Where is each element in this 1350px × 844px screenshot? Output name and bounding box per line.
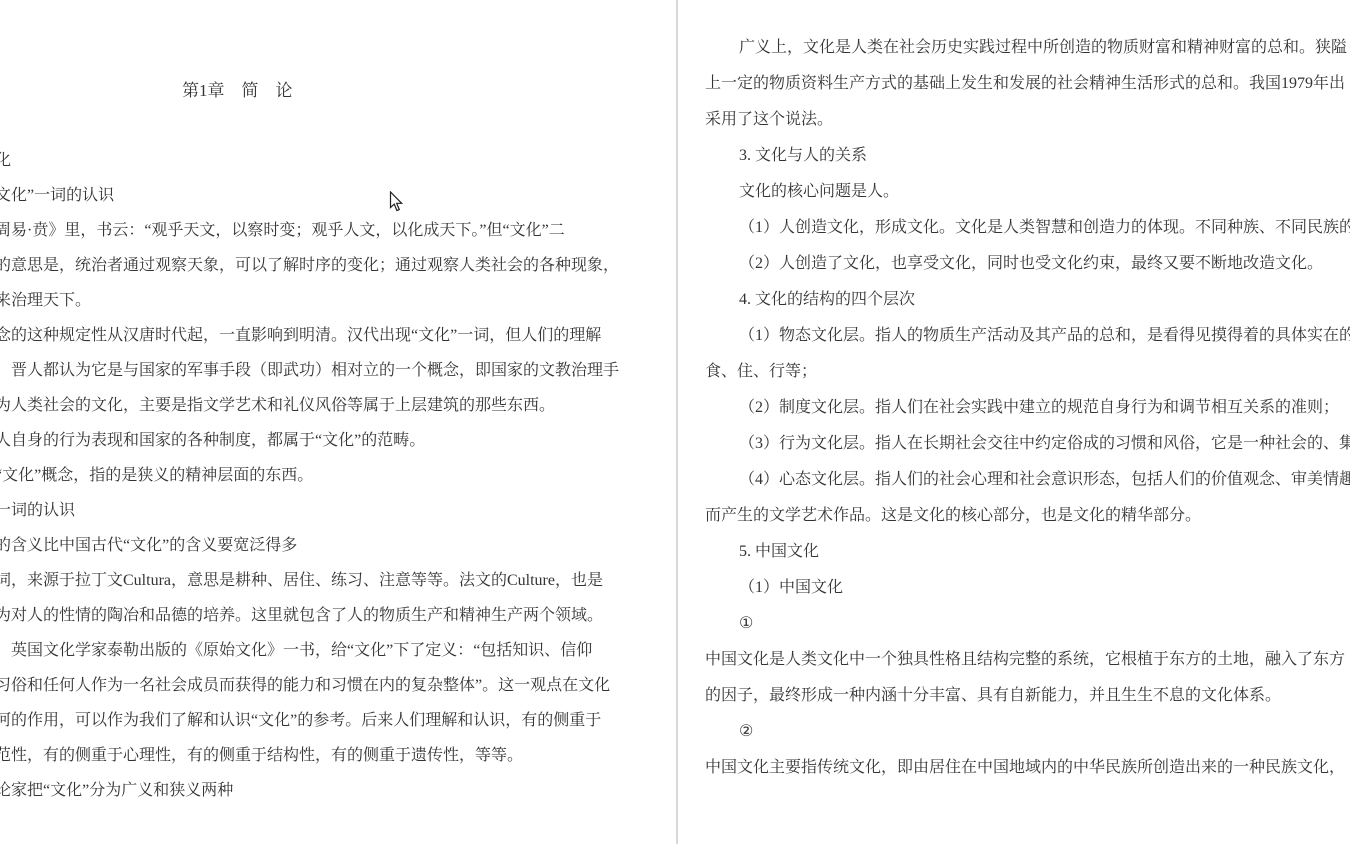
text-line: ② (705, 714, 1350, 750)
text-line: 、晋人都认为它是与国家的军事手段（即武功）相对立的一个概念，即国家的文教治理手 (0, 353, 677, 388)
text-line: ，英国文化学家泰勒出版的《原始文化》一书，给“文化”下了定义：“包括知识、信仰 (0, 633, 677, 668)
text-line: ① (705, 606, 1350, 642)
text-line: 广义上，文化是人类在社会历史实践过程中所创造的物质财富和精神财富的总和。狭隘 (705, 30, 1350, 66)
text-line: 词，来源于拉丁文Cultura，意思是耕种、居住、练习、注意等等。法文的Cult… (0, 563, 677, 598)
text-line: （2）制度文化层。指人们在社会实践中建立的规范自身行为和调节相互关系的准则； (705, 390, 1350, 426)
text-line: （1）物态文化层。指人的物质生产活动及其产品的总和，是看得见摸得着的具体实在的 (705, 318, 1350, 354)
text-line: 上一定的物质资料生产方式的基础上发生和发展的社会精神生活形式的总和。我国1979… (705, 66, 1350, 102)
text-line: 的含义比中国古代“文化”的含义要宽泛得多 (0, 528, 677, 563)
text-line: 文化”一词的认识 (0, 178, 677, 213)
text-line: 而产生的文学艺术作品。这是文化的核心部分，也是文化的精华部分。 (705, 498, 1350, 534)
text-line: 采用了这个说法。 (705, 102, 1350, 138)
text-line: 4. 文化的结构的四个层次 (705, 282, 1350, 318)
text-line: 化 (0, 143, 677, 178)
left-page-content: 第1章 简 论 化文化”一词的认识周易·贲》里，书云：“观乎天文，以察时变；观乎… (0, 0, 677, 808)
text-line: 人自身的行为表现和国家的各种制度，都属于“文化”的范畴。 (0, 423, 677, 458)
text-line: 的因子，最终形成一种内涵十分丰富、具有自新能力，并且生生不息的文化体系。 (705, 678, 1350, 714)
page-left[interactable]: 第1章 简 论 化文化”一词的认识周易·贲》里，书云：“观乎天文，以察时变；观乎… (0, 0, 677, 844)
text-line: 的意思是，统治者通过观察天象，可以了解时序的变化；通过观察人类社会的各种现象， (0, 248, 677, 283)
text-line: （1）人创造文化，形成文化。文化是人类智慧和创造力的体现。不同种族、不同民族的 (705, 210, 1350, 246)
text-line: （2）人创造了文化，也享受文化，同时也受文化约束，最终又要不断地改造文化。 (705, 246, 1350, 282)
page-right[interactable]: 广义上，文化是人类在社会历史实践过程中所创造的物质财富和精神财富的总和。狭隘上一… (679, 0, 1350, 844)
text-line: 河的作用，可以作为我们了解和认识“文化”的参考。后来人们理解和认识，有的侧重于 (0, 703, 677, 738)
text-line: 文化的核心问题是人。 (705, 174, 1350, 210)
document-viewer: { "colors": { "page_background": "#fffff… (0, 0, 1350, 844)
text-line: 范性，有的侧重于心理性，有的侧重于结构性，有的侧重于遗传性，等等。 (0, 738, 677, 773)
text-line: 中国文化主要指传统文化，即由居住在中国地域内的中华民族所创造出来的一种民族文化， (705, 750, 1350, 786)
left-page-lines: 化文化”一词的认识周易·贲》里，书云：“观乎天文，以察时变；观乎人文，以化成天下… (0, 143, 677, 808)
right-page-content: 广义上，文化是人类在社会历史实践过程中所创造的物质财富和精神财富的总和。狭隘上一… (679, 0, 1350, 786)
text-line: 为人类社会的文化，主要是指文学艺术和礼仪风俗等属于上层建筑的那些东西。 (0, 388, 677, 423)
text-line: 一词的认识 (0, 493, 677, 528)
page-divider (676, 0, 678, 844)
text-line: 为对人的性情的陶冶和品德的培养。这里就包含了人的物质生产和精神生产两个领域。 (0, 598, 677, 633)
text-line: （1）中国文化 (705, 570, 1350, 606)
text-line: 周易·贲》里，书云：“观乎天文，以察时变；观乎人文，以化成天下。”但“文化”二 (0, 213, 677, 248)
chapter-title: 第1章 简 论 (0, 73, 677, 108)
text-line: （4）心态文化层。指人们的社会心理和社会意识形态，包括人们的价值观念、审美情趣 (705, 462, 1350, 498)
text-line: “文化”概念，指的是狭义的精神层面的东西。 (0, 458, 677, 493)
text-line: 来治理天下。 (0, 283, 677, 318)
text-line: 食、住、行等； (705, 354, 1350, 390)
text-line: 论家把“文化”分为广义和狭义两种 (0, 773, 677, 808)
text-line: 习俗和任何人作为一名社会成员而获得的能力和习惯在内的复杂整体”。这一观点在文化 (0, 668, 677, 703)
text-line: 5. 中国文化 (705, 534, 1350, 570)
text-line: 中国文化是人类文化中一个独具性格且结构完整的系统，它根植于东方的土地，融入了东方 (705, 642, 1350, 678)
text-line: （3）行为文化层。指人在长期社会交往中约定俗成的习惯和风俗，它是一种社会的、集 (705, 426, 1350, 462)
text-line: 3. 文化与人的关系 (705, 138, 1350, 174)
text-line: 念的这种规定性从汉唐时代起，一直影响到明清。汉代出现“文化”一词，但人们的理解 (0, 318, 677, 353)
arrow-cursor-icon (389, 191, 404, 213)
